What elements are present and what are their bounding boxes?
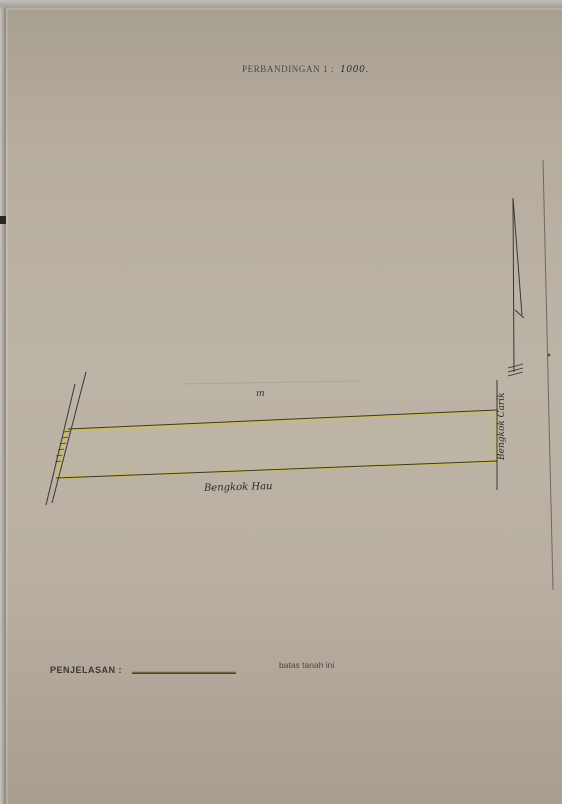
north-arrow-head (513, 198, 522, 315)
east-neighbor-label: Bengkok Carik (497, 392, 507, 460)
north-arrow-shaft (513, 198, 514, 372)
parcel-map-drawing (0, 0, 562, 804)
north-arrow-base-hatching (508, 364, 523, 376)
parcel-boundary-highlight (57, 411, 496, 478)
ruling-dot (548, 354, 551, 357)
pencil-guide-line (180, 381, 360, 384)
legend-boundary-swatch (132, 671, 236, 674)
south-neighbor-label: Bengkok Hau (204, 481, 273, 494)
legend-title: PENJELASAN : (50, 665, 122, 675)
scanned-document: PERBANDINGAN 1 :1000. (0, 0, 562, 804)
page-ruling-line (543, 160, 553, 590)
north-neighbor-label: m (256, 389, 265, 399)
legend-description: batas tanah ini (279, 660, 334, 670)
north-arrow-tick (515, 310, 524, 318)
